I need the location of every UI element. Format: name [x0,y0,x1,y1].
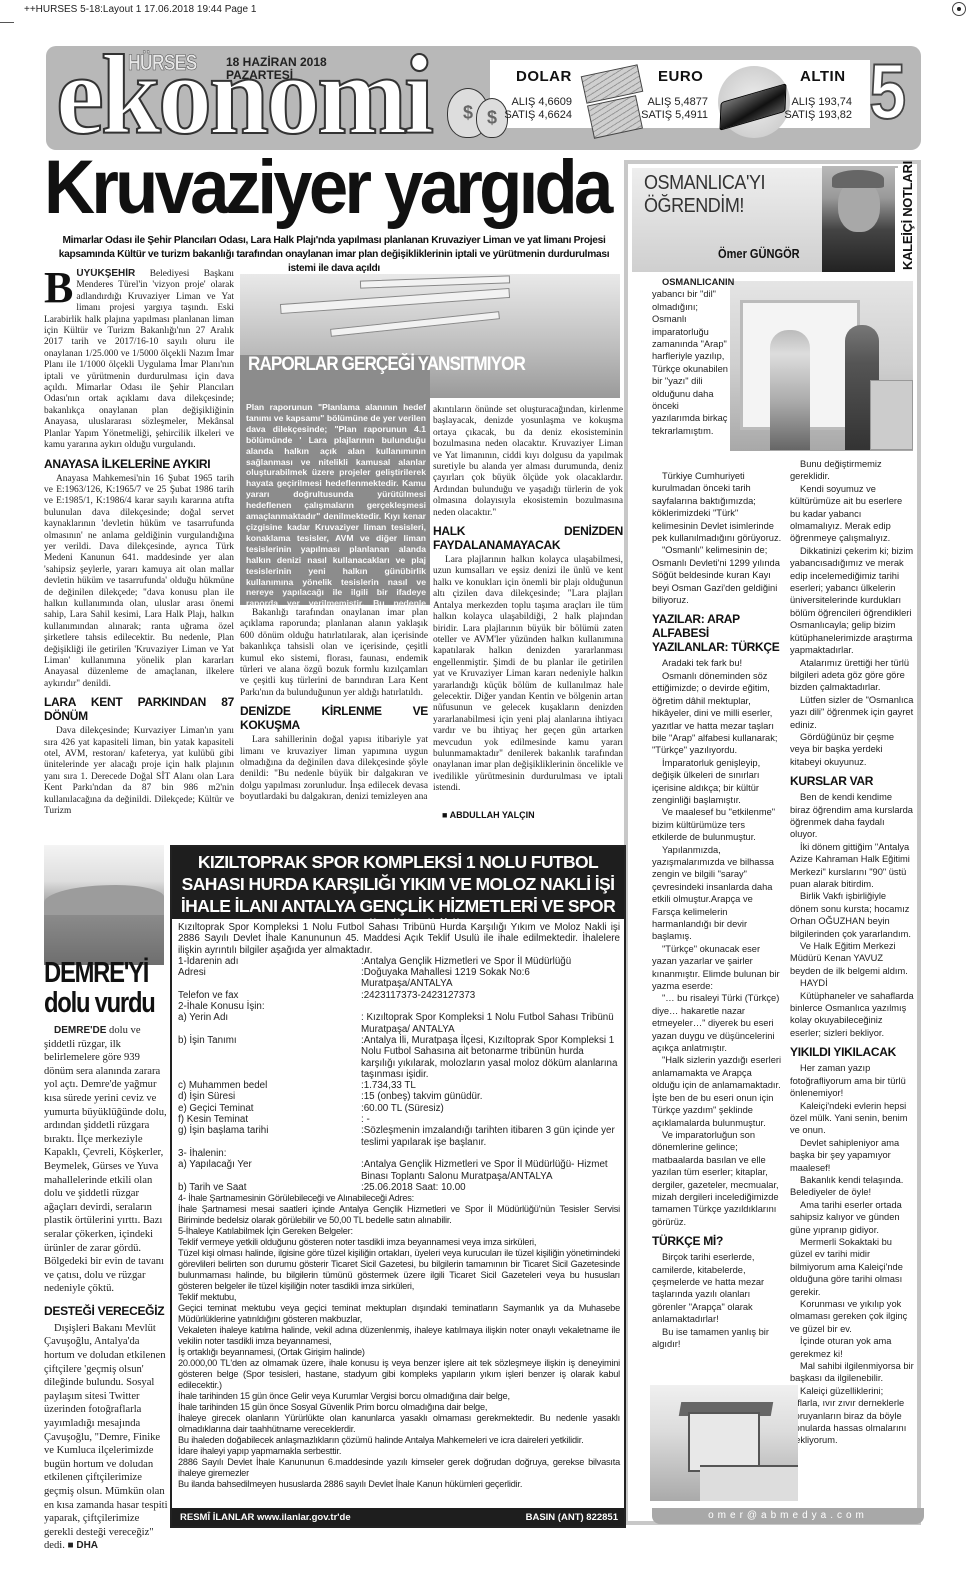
row-key: 1-İdarenin adı [178,956,361,967]
lead-bold: DEMRE'DE [54,1025,106,1036]
paragraph: Dikkatinizi çekerim ki; bizim yabancısad… [790,545,914,657]
tender-para: Bu ihaleden doğabilecek anlaşmazlıkların… [178,1435,620,1446]
row-key: d) İşin Süresi [178,1091,361,1102]
row-value: :Antalya İli, Muratpaşa İlçesi, Kızıltop… [361,1035,620,1080]
byline: ■ ABDULLAH YALÇIN [442,810,535,820]
paragraph: Kaleiçi'ndeki evlerin hepsi özel mülk. Y… [790,1100,914,1137]
drop-cap: B [44,270,73,306]
tender-row: a) Yapılacağı Yer:Antalya Gençlik Hizmet… [178,1159,620,1182]
row-key: 2-İhale Konusu İşin: [178,1001,361,1012]
paragraph: Mal sahibi ilgilenmiyorsa bir başkası da… [790,1360,914,1385]
paragraph: Ama tarihi eserler ortada sahipsiz kalıy… [790,1199,914,1236]
paragraph: İmparatorluk genişleyip, değişik ülkeler… [652,757,782,807]
row-value: :25.06.2018 Saat: 10.00 [361,1182,620,1193]
tender-para: 5-İhaleye Katılabilmek İçin Gereken Belg… [178,1226,620,1237]
paragraph: Lara sahillerinin doğal yapısı itibariyl… [240,735,428,803]
row-key: Adresi [178,967,361,990]
row-value: :60.00 TL (Süresiz) [361,1103,620,1114]
paragraph: Birçok tarihi eserlerde, camilerde, kita… [652,1251,782,1325]
paragraph: Kaleiçi güzelliklerini; laflarla, ıvır z… [790,1385,914,1447]
paragraph: Devlet sahipleniyor ama başka bir şey ya… [790,1137,914,1174]
row-key: g) İşin başlama tarihi [178,1125,361,1148]
tender-body: Kızıltoprak Spor Kompleksi 1 Nolu Futbol… [178,922,620,1490]
currency-euro-values: ALIŞ 5,4877 SATIŞ 5,4911 [636,96,708,122]
press-code: BASIN (ANT) 822851 [526,1512,618,1523]
headline-line: dolu vurdu [44,988,147,1018]
tender-para: Tüzel kişi olması halinde, ilgisine göre… [178,1248,620,1292]
tender-row: b) Tarih ve Saat:25.06.2018 Saat: 10.00 [178,1182,620,1193]
row-value: :15 (onbeş) takvim günüdür. [361,1091,620,1102]
paragraph: Bakanlık kendi telaşında. Belediyeler de… [790,1174,914,1199]
tender-para: Teklif vermeye yetkili olduğunu gösteren… [178,1237,620,1248]
row-value: :Doğuyaka Mahallesi 1219 Sokak No:6 Mura… [361,967,620,990]
author-email[interactable]: omer@abmedya.com [652,1508,924,1524]
tender-para: İhale tarihinden 15 gün önce Sosyal Güve… [178,1402,620,1413]
row-key: a) Yapılacağı Yer [178,1159,361,1182]
main-story-column-1: BÜYÜKŞEHİR Belediyesi Başkanı Menderes T… [44,268,234,838]
tender-footer: RESMÎ İLANLAR www.ilanlar.gov.tr'de BASI… [172,1508,624,1526]
tender-row: Telefon ve fax:2423117373-2423127373 [178,990,620,1001]
tender-row: d) İşin Süresi:15 (onbeş) takvim günüdür… [178,1091,620,1102]
subheading: YIKILDI YIKILACAK [790,1045,914,1059]
paragraph: Gördüğünüz bir çeşme veya bir başka yerd… [790,731,914,768]
tender-para: 20.000,00 TL'den az olmamak üzere, ihale… [178,1358,620,1391]
tender-title: KIZILTOPRAK SPOR KOMPLEKSİ 1 NOLU FUTBOL… [172,847,624,919]
currency-altin-values: ALIŞ 193,74 SATIŞ 193,82 [780,96,852,122]
paragraph: Osmanlı döneminden söz ettiğimizde; o de… [652,670,782,757]
tender-para: Teklif mektubu, [178,1292,620,1303]
overlay-text: Plan raporunun "Planlama alanının hedef … [246,402,426,631]
row-value [361,1148,620,1159]
tender-para: İdare ihaleyi yapıp yapmamakla serbestti… [178,1446,620,1457]
lead-text: yabancı bir "dil" olmadığını; Osmanlı im… [652,289,728,435]
currency-name-altin: ALTIN [800,68,846,85]
house-lower-wall [700,1465,798,1501]
row-value: : Kızıltoprak Spor Kompleksi 1 Nolu Futb… [361,1012,620,1035]
tender-row: 2-İhale Konusu İşin: [178,1001,620,1012]
subheading: ANAYASA İLKELERİNE AYKIRI [44,457,234,471]
lead-bold: OSMANLICANIN [662,277,734,287]
row-key: f) Kesin Teminat [178,1114,361,1125]
series-label: KALEİÇİ NOTLARI [900,161,915,270]
demre-story-text: DEMRE'DE dolu ve şiddetli rüzgar, ilk be… [44,1024,168,1553]
column-right-text: Bunu değiştirmemiz gereklidir. Kendi soy… [790,458,914,1508]
paragraph: Mermerli Sokaktaki bu güzel ev tarihi mi… [790,1236,914,1298]
row-value: :2423117373-2423127373 [361,990,620,1001]
official-ads-link[interactable]: RESMÎ İLANLAR www.ilanlar.gov.tr'de [180,1512,351,1523]
subheading: DENİZDE KİRLENME VE KOKUŞMA [240,704,428,732]
house-shape [688,1412,760,1472]
column-title-line: OSMANLICA'YI [644,172,765,195]
altin-buy: ALIŞ 193,74 [780,96,852,109]
subheading: HALK DENİZDEN FAYDALANAMAYACAK [433,524,623,552]
tender-row: 3- İhalenin: [178,1148,620,1159]
subheading: DESTEĞİ VERECEĞİZ [44,1304,168,1318]
paragraph: Her zaman yazıp fotoğrafliyorum ama bir … [790,1062,914,1099]
paragraph: Ve imparatorluğun son dönemlerine gelinc… [652,1129,782,1228]
news-source: ■ DHA [68,1540,98,1551]
row-value: :Sözleşmenin imzalandığı tarihten itibar… [361,1125,620,1148]
currency-name-dolar: DOLAR [516,68,572,85]
paragraph: İçinde oturan yok ama gerekmez ki! [790,1335,914,1360]
dolar-buy: ALIŞ 4,6609 [500,96,572,109]
paragraph: İki dönem gittiğim "Antalya Azize Kahram… [790,841,914,891]
main-headline: Kruvaziyer yargıda [44,150,583,226]
paragraph: Dava dilekçesinde; Kurvaziyer Liman'ın y… [44,726,234,817]
paragraph: Dışişleri Bakanı Mevlüt Çavuşoğlu, Antal… [44,1323,168,1552]
column-author: Ömer GÜNGÖR [718,246,800,261]
row-key: b) Tarih ve Saat [178,1182,361,1193]
overlay-title: RAPORLAR GERÇEĞİ YANSITMIYOR [248,354,525,375]
row-value: :1.734,33 TL [361,1080,620,1091]
tender-para: Vekaleten ihaleye katılma halinde, vekil… [178,1325,620,1347]
registration-mark-icon [952,2,966,16]
row-value: :Antalya Gençlik Hizmetleri ve Spor İl M… [361,956,620,967]
podium [870,380,913,450]
paragraph: Bunu değiştirmemiz gereklidir. [790,458,914,483]
crop-mark [0,22,14,23]
paragraph: Aradaki tek fark bu! [652,657,782,669]
column-title-line: ÖĞRENDİM! [644,195,765,218]
tender-para: İhale tarihinden 15 gün önce Gelir veya … [178,1391,620,1402]
paragraph: Türkiye Cumhuriyeti kurulmadan önceki ta… [652,470,782,544]
main-story-column-2: Bakanlığı tarafından onaylanan imar plan… [240,608,428,838]
row-value: : - [361,1114,620,1125]
tender-row: c) Muhammen bedel:1.734,33 TL [178,1080,620,1091]
paragraph: Atalarımız ürettiği her türlü bilgileri … [790,657,914,694]
page-number: 5 [869,52,906,130]
row-key: Telefon ve fax [178,990,361,1001]
paragraph: HAYDİ [790,977,914,989]
column-left-text: Türkiye Cumhuriyeti kurulmadan önceki ta… [652,470,782,1390]
tender-row: e) Geçici Teminat:60.00 TL (Süresiz) [178,1103,620,1114]
tender-para: İhale Şartnamesi mesai saatleri içinde A… [178,1204,620,1226]
paragraph: Bakanlığı tarafından onaylanan imar plan… [240,608,428,699]
paragraph: Birlik Vakfı işbirliğiyle dönem sonu kur… [790,890,914,940]
paragraph: Kütüphaneler ve sahaflarda binlerce Osma… [790,990,914,1040]
euro-buy: ALIŞ 5,4877 [636,96,708,109]
row-key: a) Yerin Adı [178,1012,361,1035]
paper-logo: HÜRSES [128,50,197,76]
row-key: e) Geçici Teminat [178,1103,361,1114]
paragraph: Lara plajlarının halkın kolayca ulaşabil… [433,555,623,795]
subheading: TÜRKÇE Mİ? [652,1234,782,1248]
paragraph: Ben de kendi kendime biraz öğrendim ama … [790,791,914,841]
tender-row: Adresi:Doğuyaka Mahallesi 1219 Sokak No:… [178,967,620,990]
issue-date: 18 HAZİRAN 2018 PAZARTESİ [226,56,327,82]
paragraph: Ve maalesef bu "etkilenme" bizim kültürü… [652,806,782,843]
paragraph: Bu ise tamamen yanlış bir algıdır! [652,1326,782,1351]
paragraph: Lütfen sizler de "Osmanlıca yazı dili" ö… [790,694,914,731]
tender-row: f) Kesin Teminat: - [178,1114,620,1125]
row-value: :Antalya Gençlik Hizmetleri ve Spor İl M… [361,1159,620,1182]
altin-sell: SATIŞ 193,82 [780,109,852,122]
headline-line: DEMRE'Yİ [44,958,147,988]
paragraph: Korunması ve yıkılıp yok olmaması gereke… [790,1298,914,1335]
demre-headline: DEMRE'Yİ dolu vurdu [44,958,147,1018]
tender-para: 4- İhale Şartnamesinin Görülebileceği ve… [178,1193,620,1204]
tender-para: Geçici teminat mektubu veya geçici temin… [178,1303,620,1325]
author-cap [832,170,884,188]
paragraph: Anayasa Mahkemesi'nin 16 Şubat 1965 tari… [44,474,234,691]
tender-para: Bu ilanda bahsedilmeyen hususlarda 2886 … [178,1479,620,1490]
paragraph: akıntıların önünde set oluşturacağından,… [433,405,623,519]
tender-para: İş ortaklığı beyannamesi, (Ortak Girişim… [178,1347,620,1358]
row-key: c) Muhammen bedel [178,1080,361,1091]
tender-row: 1-İdarenin adı:Antalya Gençlik Hizmetler… [178,956,620,967]
person-figure [770,330,810,450]
lead-text: dolu ve şiddetli rüzgar, ilk belirlemele… [44,1025,167,1294]
subheading: KURSLAR VAR [790,774,914,788]
paragraph: "Osmanlı" kelimesinin de; Osmanlı Devlet… [652,544,782,606]
tender-para: 2886 Sayılı Devlet İhale Kanununun 6.mad… [178,1457,620,1479]
dolar-sell: SATIŞ 4,6624 [500,109,572,122]
row-key: 3- İhalenin: [178,1148,361,1159]
paragraph: "… bu risaleyi Türki (Türkçe) diye… haka… [652,992,782,1054]
currency-name-euro: EURO [658,68,703,85]
paragraph: Ve Halk Eğitim Merkezi Müdürü Kenan YAVU… [790,940,914,977]
row-value [361,1001,620,1012]
paragraph: Kendi soyumuz ve kültürümüze ait bu eser… [790,483,914,545]
tender-row: a) Yerin Adı: Kızıltoprak Spor Kompleksi… [178,1012,620,1035]
subheading: LARA KENT PARKINDAN 87 DÖNÜM [44,695,234,723]
currency-dolar-values: ALIŞ 4,6609 SATIŞ 4,6624 [500,96,572,122]
paragraph: "Türkçe" okunacak eser yazan yazarlar ve… [652,943,782,993]
print-slug: ++HURSES 5-18:Layout 1 17.06.2018 19:44 … [24,4,256,15]
tender-row: b) İşin Tanımı:Antalya İli, Muratpaşa İl… [178,1035,620,1080]
tender-intro: Kızıltoprak Spor Kompleksi 1 Nolu Futbol… [178,922,620,956]
tender-para: İhaleye girecek olanların Yürürlükte ola… [178,1413,620,1435]
tender-row: g) İşin başlama tarihi:Sözleşmenin imzal… [178,1125,620,1148]
euro-sell: SATIŞ 5,4911 [636,109,708,122]
weekday: PAZARTESİ [226,69,327,82]
subheading: YAZILAR: ARAP ALFABESİ YAZILANLAR: TÜRKÇ… [652,612,782,654]
column-title: OSMANLICA'YI ÖĞRENDİM! [644,172,765,218]
column-lead: OSMANLICANIN yabancı bir "dil" olmadığın… [652,276,728,437]
lead-bold: ÜYÜKŞEHİR [76,268,135,279]
paragraph: Yapılanmızda, yazışmalarımızda ve bilhas… [652,844,782,943]
paragraph: "Halk sizlerin yazdığı eserleri anlamama… [652,1054,782,1128]
main-story-column-3: akıntıların önünde set oluşturacağından,… [433,405,623,825]
row-key: b) İşin Tanımı [178,1035,361,1080]
